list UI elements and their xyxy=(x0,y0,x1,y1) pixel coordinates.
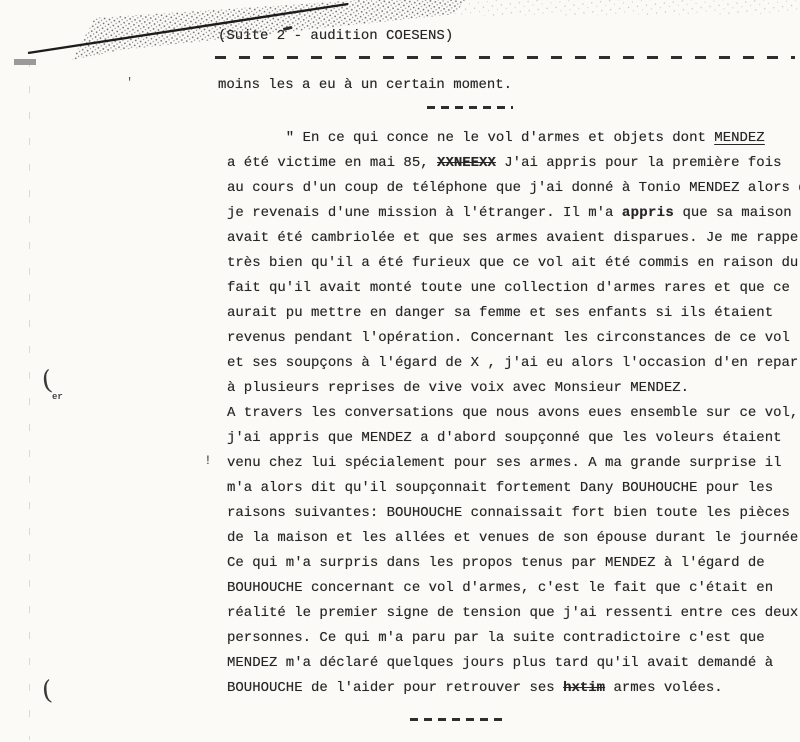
text-segment: je revenais d'une mission à l'étranger. … xyxy=(227,205,622,221)
document-line: " En ce qui conce ne le vol d'armes et o… xyxy=(227,126,800,151)
document-line: BOUHOUCHE de l'aider pour retrouver ses … xyxy=(227,676,800,701)
document-line: aurait pu mettre en danger sa femme et s… xyxy=(227,301,800,326)
document-line: j'ai appris que MENDEZ a d'abord soupçon… xyxy=(227,426,800,451)
text-segment: a été victime en mai 85, xyxy=(227,155,437,171)
scanned-document-page: (Suite 2 - audition COESENS) moins les a… xyxy=(0,0,800,742)
document-line: à plusieurs reprises de vive voix avec M… xyxy=(227,376,800,401)
document-line: réalité le premier signe de tension que … xyxy=(227,601,800,626)
speckle-strip xyxy=(455,0,800,16)
separator-dashed-bottom xyxy=(410,718,506,721)
margin-paren-lower: ( xyxy=(40,676,53,707)
struck-out-word: XXNEEXX xyxy=(437,155,496,171)
document-line: fait qu'il avait monté toute une collect… xyxy=(227,276,800,301)
text-segment: " xyxy=(227,130,303,146)
margin-tick-mark: ' xyxy=(126,76,133,90)
text-segment: armes volées. xyxy=(605,680,723,696)
document-line: très bien qu'il a été furieux que ce vol… xyxy=(227,251,800,276)
page-header: (Suite 2 - audition COESENS) xyxy=(218,24,453,49)
text-segment: J'ai appris pour la première fois xyxy=(496,155,782,171)
document-line: je revenais d'une mission à l'étranger. … xyxy=(227,201,800,226)
margin-note-er: er xyxy=(52,392,63,402)
margin-exclamation-mark: ! xyxy=(204,453,212,468)
text-segment: BOUHOUCHE de l'aider pour retrouver ses xyxy=(227,680,563,696)
document-line: au cours d'un coup de téléphone que j'ai… xyxy=(227,176,800,201)
document-body: " En ce qui conce ne le vol d'armes et o… xyxy=(227,126,800,706)
text-segment: En ce qui conce ne le vol d'armes et obj… xyxy=(303,130,715,146)
document-line: Ce qui m'a surpris dans les propos tenus… xyxy=(227,551,800,576)
document-line: revenus pendant l'opération. Concernant … xyxy=(227,326,800,351)
document-line: a été victime en mai 85, XXNEEXX J'ai ap… xyxy=(227,151,800,176)
separator-dashed-long xyxy=(215,56,795,59)
document-line: de la maison et les allées et venues de … xyxy=(227,526,800,551)
left-edge-mark xyxy=(14,59,36,65)
struck-out-word: hxtim xyxy=(563,680,605,696)
fold-dotted-line xyxy=(29,60,30,740)
underlined-word: MENDEZ xyxy=(714,130,764,146)
document-line: m'a alors dit qu'il soupçonnait fortemen… xyxy=(227,476,800,501)
document-line: raisons suivantes: BOUHOUCHE connaissait… xyxy=(227,501,800,526)
document-line: A travers les conversations que nous avo… xyxy=(227,401,800,426)
document-line: avait été cambriolée et que ses armes av… xyxy=(227,226,800,251)
overstruck-word: appris xyxy=(622,205,674,221)
document-line: venu chez lui spécialement pour ses arme… xyxy=(227,451,800,476)
document-line: MENDEZ m'a déclaré quelques jours plus t… xyxy=(227,651,800,676)
intro-line: moins les a eu à un certain moment. xyxy=(218,73,512,98)
document-line: personnes. Ce qui m'a paru par la suite … xyxy=(227,626,800,651)
text-segment: que sa maison xyxy=(674,205,792,221)
document-line: et ses soupçons à l'égard de X , j'ai eu… xyxy=(227,351,800,376)
document-line: BOUHOUCHE concernant ce vol d'armes, c'e… xyxy=(227,576,800,601)
separator-dashed-short xyxy=(427,106,513,109)
